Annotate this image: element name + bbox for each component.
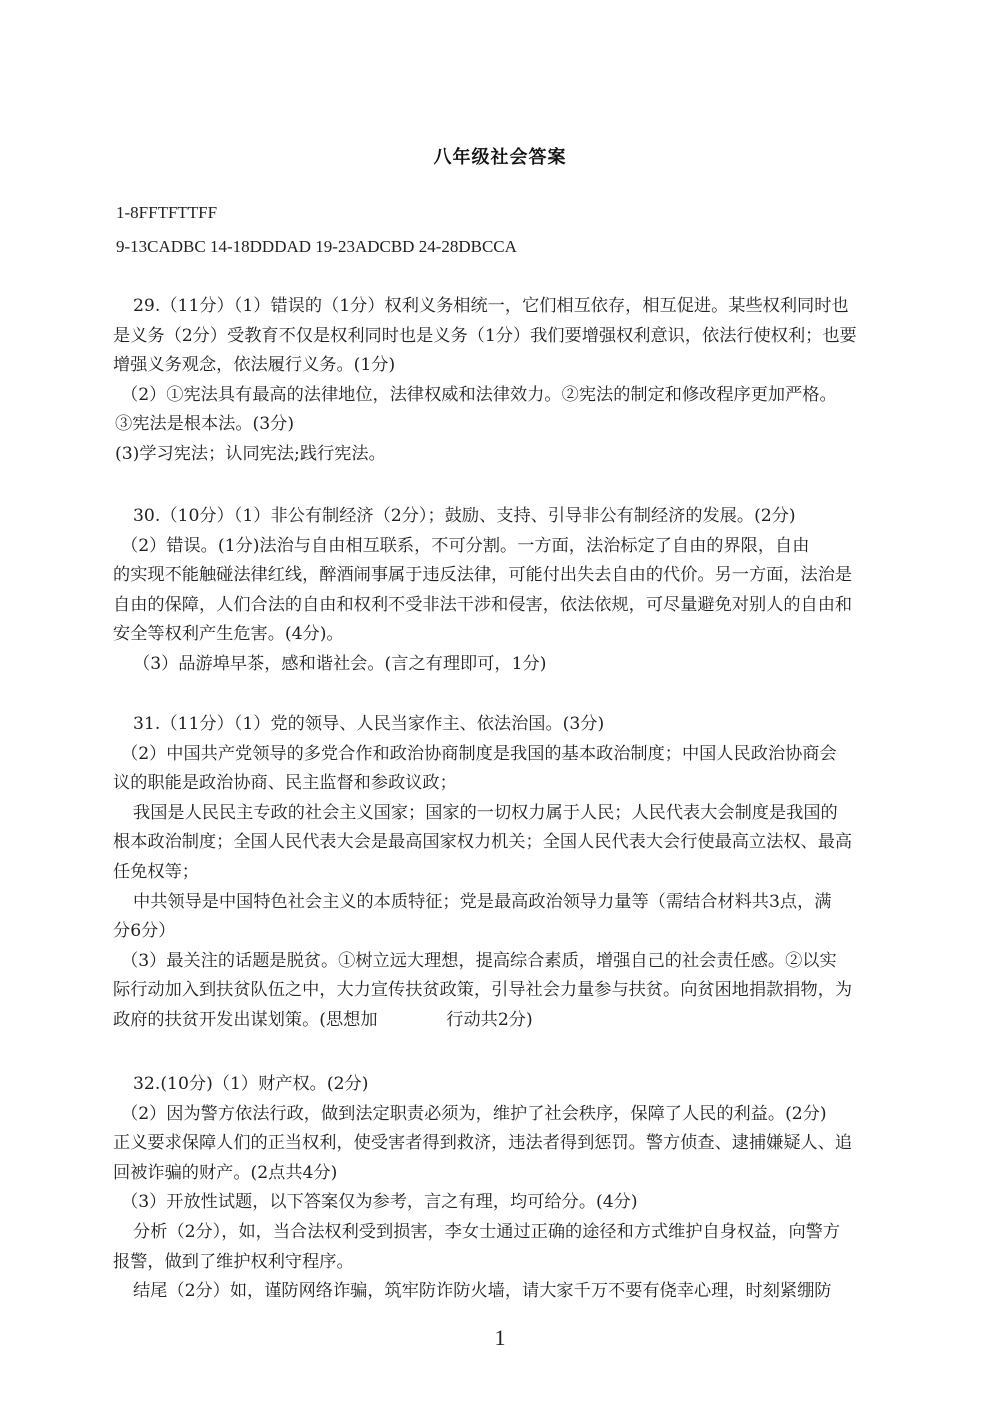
q32-line: 分析（2分），如，当合法权利受到损害，李女士通过正确的途径和方式维护自身权益，向… xyxy=(113,1218,913,1248)
q31-line: （3）最关注的话题是脱贫。①树立远大理想，提高综合素质，增强自己的社会责任感。②… xyxy=(113,947,913,977)
q31-line: 中共领导是中国特色社会主义的本质特征；党是最高政治领导力量等（需结合材料共3点，… xyxy=(113,888,913,918)
document-title: 八年级社会答案 xyxy=(0,143,1000,169)
q30-line: （2）错误。(1分)法治与自由相互联系，不可分割。一方面，法治标定了自由的界限，… xyxy=(113,532,913,562)
q32-line: 32.(10分)（1）财产权。(2分) xyxy=(113,1070,913,1100)
q30-line: 安全等权利产生危害。(4分)。 xyxy=(113,620,913,650)
q32-line: （3）开放性试题，以下答案仅为参考，言之有理，均可给分。(4分) xyxy=(113,1188,913,1218)
question-32-answer: 32.(10分)（1）财产权。(2分) （2）因为警方依法行政，做到法定职责必须… xyxy=(113,1070,913,1307)
q31-line: （2）中国共产党领导的多党合作和政治协商制度是我国的基本政治制度；中国人民政治协… xyxy=(113,740,913,770)
q32-line: 回被诈骗的财产。(2点共4分) xyxy=(113,1159,913,1189)
q32-line: 报警，做到了维护权利守程序。 xyxy=(113,1248,913,1278)
q30-line: （3）品游埠早茶，感和谐社会。(言之有理即可，1分) xyxy=(113,650,913,680)
q31-line: 分6分） xyxy=(113,917,913,947)
q30-line: 的实现不能触碰法律红线，醉酒闹事属于违反法律，可能付出失去自由的代价。另一方面，… xyxy=(113,561,913,591)
document-page: 八年级社会答案 1-8FFTFTTFF 9-13CADBC 14-18DDDAD… xyxy=(0,0,1000,1414)
q29-line: （2）①宪法具有最高的法律地位，法律权威和法律效力。②宪法的制定和修改程序更加严… xyxy=(113,381,913,411)
q31-line: 根本政治制度；全国人民代表大会是最高国家权力机关；全国人民代表大会行使最高立法权… xyxy=(113,828,913,858)
q30-line: 自由的保障，人们合法的自由和权利不受非法干涉和侵害，依法依规，可尽量避免对别人的… xyxy=(113,591,913,621)
q31-line: 31.（11分）（1）党的领导、人民当家作主、依法治国。(3分) xyxy=(113,710,913,740)
q29-line: 29.（11分）（1）错误的（1分）权利义务相统一，它们相互依存，相互促进。某些… xyxy=(113,292,913,322)
q31-line: 我国是人民民主专政的社会主义国家；国家的一切权力属于人民；人民代表大会制度是我国… xyxy=(113,799,913,829)
mc-answers-line-1: 1-8FFTFTTFF xyxy=(116,203,217,223)
q29-line: 是义务（2分）受教育不仅是权利同时也是义务（1分）我们要增强权利意识，依法行使权… xyxy=(113,322,913,352)
q31-line: 任免权等； xyxy=(113,858,913,888)
page-number: 1 xyxy=(0,1325,1000,1351)
q32-line: 结尾（2分）如，谨防网络诈骗，筑牢防诈防火墙，请大家千万不要有侥幸心理，时刻紧绷… xyxy=(113,1277,913,1307)
question-31-answer: 31.（11分）（1）党的领导、人民当家作主、依法治国。(3分) （2）中国共产… xyxy=(113,710,913,1036)
q32-line: （2）因为警方依法行政，做到法定职责必须为，维护了社会秩序，保障了人民的利益。(… xyxy=(113,1100,913,1130)
q30-line: 30.（10分）（1）非公有制经济（2分）；鼓励、支持、引导非公有制经济的发展。… xyxy=(113,502,913,532)
q31-line: 政府的扶贫开发出谋划策。(思想加 行动共2分) xyxy=(113,1006,913,1036)
q29-line: (3)学习宪法；认同宪法;践行宪法。 xyxy=(113,440,913,470)
mc-answers-line-2: 9-13CADBC 14-18DDDAD 19-23ADCBD 24-28DBC… xyxy=(116,237,517,257)
q29-line: ③宪法是根本法。(3分) xyxy=(113,410,913,440)
q31-line: 议的职能是政治协商、民主监督和参政议政； xyxy=(113,769,913,799)
q32-line: 正义要求保障人们的正当权利，使受害者得到救济，违法者得到惩罚。警方侦查、逮捕嫌疑… xyxy=(113,1129,913,1159)
question-30-answer: 30.（10分）（1）非公有制经济（2分）；鼓励、支持、引导非公有制经济的发展。… xyxy=(113,502,913,680)
q29-line: 增强义务观念，依法履行义务。(1分) xyxy=(113,351,913,381)
q31-line: 际行动加入到扶贫队伍之中，大力宣传扶贫政策，引导社会力量参与扶贫。向贫困地捐款捐… xyxy=(113,976,913,1006)
question-29-answer: 29.（11分）（1）错误的（1分）权利义务相统一，它们相互依存，相互促进。某些… xyxy=(113,292,913,470)
